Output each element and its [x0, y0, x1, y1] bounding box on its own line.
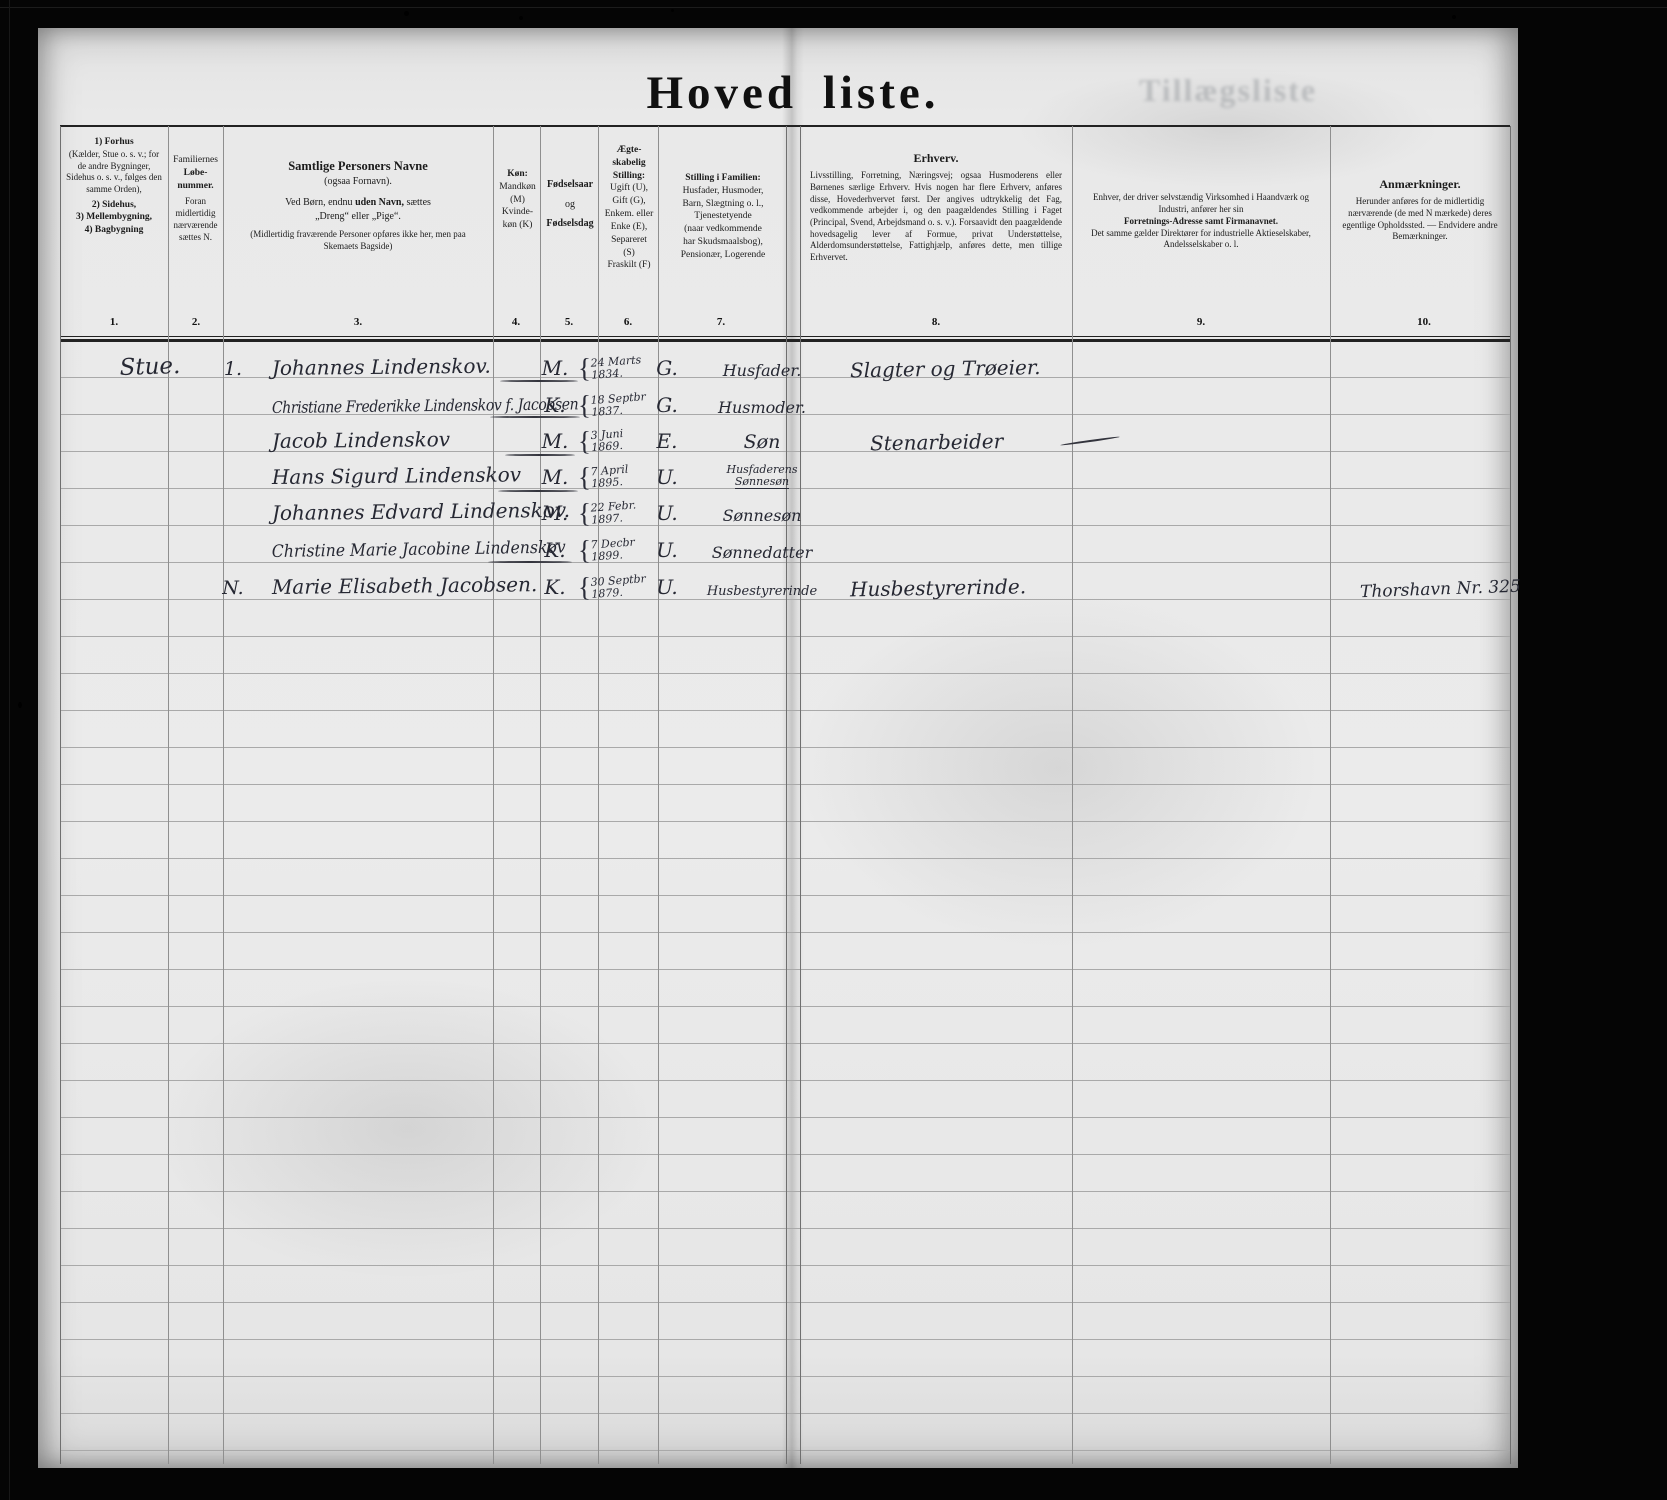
header-text: Kvinde- — [495, 206, 540, 219]
header-text: Separeret — [600, 234, 658, 247]
pen-flourish — [490, 416, 580, 418]
birthdate-cell: {18 Septbr1837. — [578, 392, 638, 419]
column-number: 6. — [598, 316, 658, 328]
col-header-birthdate: Fødselsaar og Fødselsdag — [542, 136, 598, 231]
header-text: har Skudsmaalsbog), — [662, 236, 784, 249]
col-header-family-position: Stilling i Familien: Husfader, Husmoder,… — [662, 136, 784, 262]
col-header-family-number: Familiernes Løbe- nummer. Foran midlerti… — [170, 136, 221, 243]
header-text: Løbe- — [170, 167, 221, 180]
marital-cell: G. — [638, 393, 696, 417]
grid-line — [786, 126, 787, 1464]
header-text: Stilling i Familien: — [662, 172, 784, 185]
dust-speck — [18, 702, 22, 708]
table-row: Jacob Lindenskov M. {3 Juni1869. E. Søn … — [60, 419, 1510, 456]
header-text: (ogsaa Fornavn). — [238, 175, 478, 189]
name-cell: Marie Elisabeth Jacobsen. — [272, 572, 540, 599]
column-number: 9. — [1171, 316, 1231, 328]
table-row: Stue. 1. Johannes Lindenskov. M. {24 Mar… — [60, 346, 1510, 383]
title-rule — [60, 125, 1510, 127]
col-header-sex: Køn: Mandkøn (M) Kvinde- køn (K) — [495, 136, 540, 232]
family-position-cell: Sønnesøn — [698, 506, 826, 525]
header-text: Ægte- — [600, 144, 658, 157]
birthdate-cell: {7 April1895. — [578, 464, 638, 491]
scanned-census-page: Hoved liste. Tillægsliste 1) Forhus (Kæl… — [0, 0, 1667, 1500]
marital-cell: E. — [638, 429, 696, 453]
building-cell: Stue. — [100, 352, 201, 381]
sex-cell: M. — [533, 465, 577, 489]
header-text: og — [542, 198, 598, 212]
name-cell: Johannes Lindenskov. — [272, 353, 540, 380]
header-text: skabelig — [600, 157, 658, 170]
sex-cell: M. — [533, 429, 577, 453]
birthdate-cell: {30 Septbr1879. — [578, 574, 638, 601]
header-text: „Dreng“ eller „Pige“. — [238, 210, 478, 224]
dust-speck — [404, 11, 409, 16]
header-text: Herunder anføres for de midlertidig nærv… — [1340, 196, 1500, 243]
col-header-remarks: Anmærkninger. Herunder anføres for de mi… — [1340, 136, 1500, 243]
marital-cell: U. — [638, 538, 696, 562]
col-header-business-address: Enhver, der driver selvstændig Virksomhe… — [1086, 136, 1316, 251]
family-position-cell: Husbestyrerinde — [698, 584, 826, 599]
header-text: Anmærkninger. — [1340, 176, 1500, 192]
header-text: Fødselsdag — [542, 217, 598, 231]
column-number: 1. — [84, 316, 144, 328]
header-text: køn (K) — [495, 219, 540, 232]
header-text: Familiernes — [170, 154, 221, 167]
grid-line — [658, 126, 659, 1464]
header-text: Enkem. eller — [600, 208, 658, 221]
header-text: Tjenestetyende — [662, 210, 784, 223]
sex-cell: M. — [533, 356, 577, 380]
header-text: Fødselsaar — [542, 178, 598, 192]
marital-cell: U. — [638, 501, 696, 525]
name-cell: Jacob Lindenskov — [272, 426, 540, 453]
column-number: 10. — [1394, 316, 1454, 328]
table-row: Hans Sigurd Lindenskov M. {7 April1895. … — [60, 455, 1510, 492]
header-text: Køn: — [495, 168, 540, 181]
marital-cell: U. — [638, 575, 696, 599]
header-text: Det samme gælder Direktører for industri… — [1086, 228, 1316, 251]
pen-flourish — [500, 380, 578, 382]
header-text: Ugift (U), — [600, 182, 658, 195]
header-text: 4) Bagbygning — [64, 224, 164, 237]
column-number: 3. — [328, 316, 388, 328]
header-text: Pensionær, Logerende — [662, 249, 784, 262]
name-cell: Christiane Frederikke Lindenskov f. Jaco… — [272, 395, 508, 417]
marital-cell: G. — [638, 356, 696, 380]
family-position-cell: Sønnedatter — [698, 543, 826, 562]
column-number: 4. — [486, 316, 546, 328]
dust-speck — [519, 16, 523, 20]
remarks-cell: Thorshavn Nr. 325 — [1360, 576, 1546, 602]
header-text: (M) — [495, 194, 540, 207]
header-text: 1) Forhus — [64, 136, 164, 149]
table-row: Johannes Edvard Lindenskov. M. {22 Febr.… — [60, 491, 1510, 528]
birthdate-cell: {7 Decbr1899. — [578, 537, 638, 564]
pen-flourish — [488, 561, 572, 563]
birthdate-cell: {22 Febr.1897. — [578, 500, 638, 527]
header-text: Forretnings-Adresse samt Firmanavnet. — [1086, 215, 1316, 227]
page-title: Hoved liste. — [558, 66, 1028, 120]
header-text: Enke (E), — [600, 221, 658, 234]
marital-cell: U. — [638, 465, 696, 489]
scanner-edge-line — [9, 0, 10, 1500]
header-rule-thin — [60, 336, 1510, 337]
dust-speck — [671, 9, 674, 12]
col-header-occupation: Erhverv. Livsstilling, Forretning, Nærin… — [810, 136, 1062, 264]
header-text: nummer. — [170, 180, 221, 193]
header-text: Erhverv. — [810, 150, 1062, 166]
grid-line — [1510, 126, 1511, 1464]
grid-line — [60, 126, 61, 1464]
header-text: Livsstilling, Forretning, Næringsvej; og… — [810, 170, 1062, 264]
header-text: Foran midlertidig nærværende sættes N. — [170, 196, 221, 243]
family-number-cell: 1. — [208, 358, 258, 380]
paper-sheet: Hoved liste. Tillægsliste 1) Forhus (Kæl… — [38, 28, 1518, 1468]
occupation-cell: Slagter og Trøeier. — [850, 354, 1120, 383]
bleedthrough-title-text: Tillægsliste — [1038, 72, 1418, 109]
header-text: (Midlertidig fraværende Personer opføres… — [238, 229, 478, 252]
table-row: Christiane Frederikke Lindenskov f. Jaco… — [60, 383, 1510, 420]
name-cell: Christine Marie Jacobine Lindenskov — [272, 538, 519, 562]
header-text: Stilling: — [600, 170, 658, 183]
header-text: Barn, Slægtning o. l., — [662, 198, 784, 211]
sex-cell: M. — [533, 501, 577, 525]
col-header-marital-status: Ægte- skabelig Stilling: Ugift (U), Gift… — [600, 136, 658, 272]
header-text: (Kælder, Stue o. s. v.; for de andre Byg… — [64, 149, 164, 196]
column-number: 8. — [906, 316, 966, 328]
grid-line — [1072, 126, 1073, 1464]
scanner-edge-line — [0, 7, 1667, 8]
occupation-cell: Stenarbeider — [870, 427, 1140, 456]
family-position-cell: Søn — [698, 431, 826, 453]
header-text: 3) Mellembygning, — [64, 211, 164, 224]
header-text: Enhver, der driver selvstændig Virksomhe… — [1086, 192, 1316, 215]
table-row: N. Marie Elisabeth Jacobsen. K. {30 Sept… — [60, 565, 1510, 602]
header-text: Ved Børn, endnu uden Navn, sættes — [238, 196, 478, 210]
name-cell: Johannes Edvard Lindenskov. — [272, 498, 540, 525]
birthdate-cell: {24 Marts1834. — [578, 355, 638, 382]
col-header-building: 1) Forhus (Kælder, Stue o. s. v.; for de… — [64, 136, 164, 237]
header-text: Fraskilt (F) — [600, 259, 658, 272]
header-text: Samtlige Personers Navne — [238, 158, 478, 175]
name-cell: Hans Sigurd Lindenskov — [272, 462, 540, 489]
family-number-cell: N. — [208, 577, 258, 599]
header-text: Gift (G), — [600, 195, 658, 208]
header-text: (naar vedkommende — [662, 223, 784, 236]
column-number: 5. — [539, 316, 599, 328]
grid-line — [800, 126, 801, 1464]
grid-line — [1330, 126, 1331, 1464]
family-position-cell: HusfaderensSønnesøn — [698, 464, 826, 489]
family-position-cell: Husfader. — [698, 361, 826, 380]
sex-cell: K. — [533, 538, 577, 562]
header-text: Husfader, Husmoder, — [662, 185, 784, 198]
col-header-names: Samtlige Personers Navne (ogsaa Fornavn)… — [238, 136, 478, 253]
header-text: 2) Sidehus, — [64, 199, 164, 212]
sex-cell: K. — [533, 575, 577, 599]
birthdate-cell: {3 Juni1869. — [578, 428, 638, 455]
occupation-cell: Husbestyrerinde. — [850, 573, 1120, 602]
family-position-cell: Husmoder. — [698, 398, 826, 417]
header-text: Mandkøn — [495, 181, 540, 194]
sex-cell: K. — [533, 393, 577, 417]
column-number: 2. — [166, 316, 226, 328]
dust-speck — [1452, 15, 1456, 19]
header-text: (S) — [600, 247, 658, 260]
table-row: Christine Marie Jacobine Lindenskov K. {… — [60, 528, 1510, 565]
column-number: 7. — [691, 316, 751, 328]
